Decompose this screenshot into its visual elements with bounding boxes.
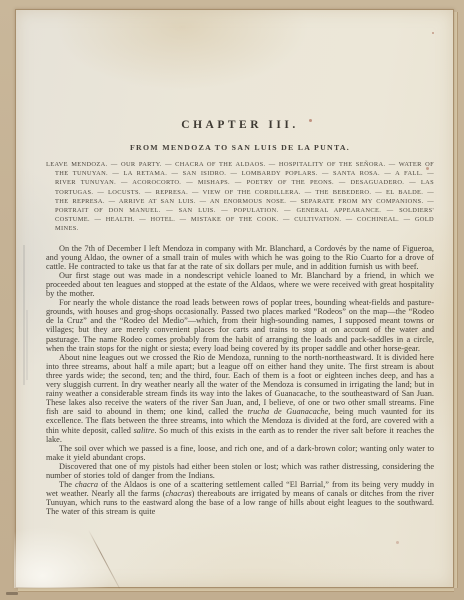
italic-term: salitre	[134, 426, 155, 435]
paragraph-text: The	[59, 480, 75, 489]
chapter-subtitle: FROM MENDOZA TO SAN LUIS DE LA PUNTA.	[46, 143, 434, 152]
paragraph-2: Our first stage out was made in a nondes…	[46, 271, 434, 298]
margin-smudge	[6, 592, 18, 595]
paragraph-4: About nine leagues out we crossed the Ri…	[46, 353, 434, 444]
book-page: CHAPTER III. FROM MENDOZA TO SAN LUIS DE…	[15, 9, 454, 588]
italic-term: chacra	[75, 480, 98, 489]
chapter-synopsis: LEAVE MENDOZA. — OUR PARTY. — CHACRA OF …	[46, 160, 434, 234]
paragraph-7: The chacra of the Aldaos is one of a sca…	[46, 480, 434, 516]
binding-streak	[23, 245, 25, 385]
screenshot-root: { "colors": { "backdrop_tan": "#c5b295",…	[0, 0, 464, 600]
italic-term: trucha de Guanacache	[248, 407, 329, 416]
italic-term: chacras	[165, 489, 191, 498]
paragraph-5: The soil over which we passed is a fine,…	[46, 444, 434, 462]
paragraph-3: For nearly the whole distance the road l…	[46, 298, 434, 353]
binding-streak	[26, 310, 28, 380]
paragraph-1: On the 7th of December I left Mendoza in…	[46, 244, 434, 271]
paragraph-6: Discovered that one of my pistols had ei…	[46, 462, 434, 480]
chapter-heading: CHAPTER III.	[46, 119, 434, 131]
scan-backdrop: CHAPTER III. FROM MENDOZA TO SAN LUIS DE…	[0, 0, 464, 600]
page-content: CHAPTER III. FROM MENDOZA TO SAN LUIS DE…	[46, 10, 434, 587]
